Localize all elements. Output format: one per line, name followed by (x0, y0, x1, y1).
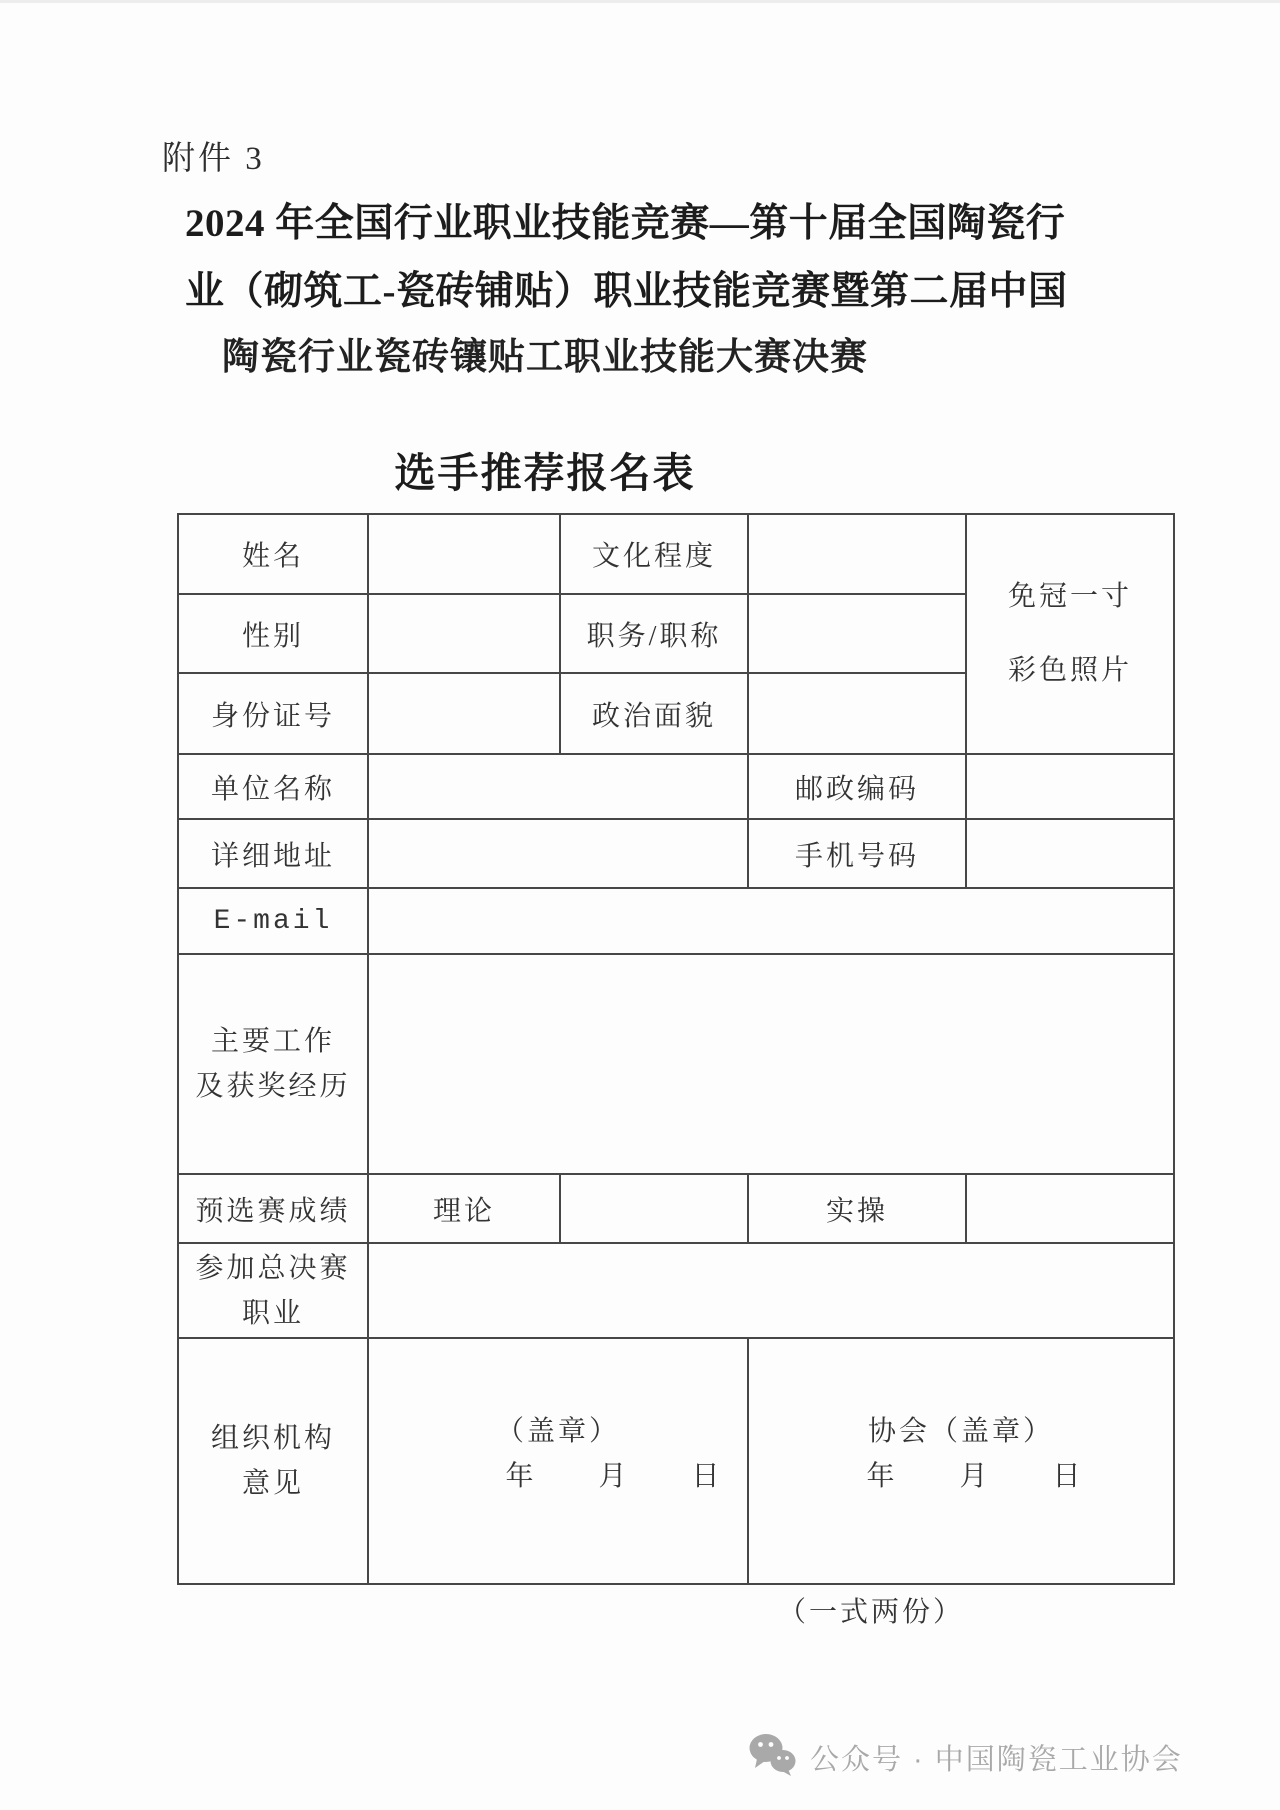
document-subtitle: 陶瓷行业瓷砖镶贴工职业技能大赛决赛 (150, 326, 940, 380)
value-political-status (748, 673, 966, 754)
photo-box: 免冠一寸 彩色照片 (966, 514, 1174, 754)
title-line-1: 2024 年全国行业职业技能竞赛—第十届全国陶瓷行 (185, 190, 955, 258)
value-email (368, 888, 1174, 954)
photo-note-line2: 彩色照片 (967, 654, 1173, 688)
photo-note-line1: 免冠一寸 (967, 580, 1173, 614)
registration-form-table: 姓名 文化程度 免冠一寸 彩色照片 性别 职务/职称 身份证号 政治面貌 单位名… (177, 513, 1175, 1585)
label-gender: 性别 (178, 594, 368, 673)
footer: 公众号 · 中国陶瓷工业协会 (748, 1733, 1183, 1782)
stamp-left-label: （盖章） (369, 1409, 747, 1454)
value-work-history (368, 954, 1174, 1174)
stamp-right-label: 协会（盖章） (749, 1409, 1173, 1454)
label-theory: 理论 (368, 1174, 560, 1243)
wechat-icon (748, 1733, 798, 1782)
label-id-number: 身份证号 (178, 673, 368, 754)
value-gender (368, 594, 560, 673)
value-address (368, 819, 748, 888)
label-address: 详细地址 (178, 819, 368, 888)
value-practice (966, 1174, 1174, 1243)
label-name: 姓名 (178, 514, 368, 594)
stamp-cell-right: 协会（盖章） 年 月 日 (748, 1338, 1174, 1584)
value-theory (560, 1174, 748, 1243)
form-title-wrap: 选手推荐报名表 (150, 440, 940, 499)
label-final-occupation: 参加总决赛 职业 (178, 1243, 368, 1338)
value-education (748, 514, 966, 594)
label-final-occupation-line1: 参加总决赛 (179, 1246, 367, 1291)
attachment-label: 附件 3 (162, 132, 265, 179)
label-unit-name: 单位名称 (178, 754, 368, 819)
label-political-status: 政治面貌 (560, 673, 748, 754)
label-work-history: 主要工作 及获奖经历 (178, 954, 368, 1174)
stamp-cell-left: （盖章） 年 月 日 (368, 1338, 748, 1584)
value-postal-code (966, 754, 1174, 819)
value-position (748, 594, 966, 673)
label-email: E-mail (178, 888, 368, 954)
page-edge (0, 0, 1280, 3)
footer-account-text: 公众号 · 中国陶瓷工业协会 (810, 1737, 1183, 1778)
label-organization-opinion-line1: 组织机构 (179, 1416, 367, 1461)
label-organization-opinion-line2: 意见 (179, 1461, 367, 1506)
label-practice: 实操 (748, 1174, 966, 1243)
label-education: 文化程度 (560, 514, 748, 594)
scanned-form-page: 附件 3 2024 年全国行业职业技能竞赛—第十届全国陶瓷行 业（砌筑工-瓷砖铺… (0, 0, 1280, 1810)
label-preliminary-score: 预选赛成绩 (178, 1174, 368, 1243)
form-title: 选手推荐报名表 (395, 450, 696, 496)
title-line-2: 业（砌筑工-瓷砖铺贴）职业技能竞赛暨第二届中国 (185, 258, 955, 326)
label-work-history-line1: 主要工作 (179, 1019, 367, 1064)
stamp-right-date: 年 月 日 (763, 1454, 1174, 1500)
label-position: 职务/职称 (560, 594, 748, 673)
title-line-3: 陶瓷行业瓷砖镶贴工职业技能大赛决赛 (222, 337, 868, 378)
label-postal-code: 邮政编码 (748, 754, 966, 819)
document-title: 2024 年全国行业职业技能竞赛—第十届全国陶瓷行 业（砌筑工-瓷砖铺贴）职业技… (185, 190, 955, 326)
label-mobile: 手机号码 (748, 819, 966, 888)
value-unit-name (368, 754, 748, 819)
value-name (368, 514, 560, 594)
value-mobile (966, 819, 1174, 888)
copies-note: （一式两份） (778, 1590, 964, 1630)
value-final-occupation (368, 1243, 1174, 1338)
label-work-history-line2: 及获奖经历 (179, 1064, 367, 1109)
value-id-number (368, 673, 560, 754)
label-organization-opinion: 组织机构 意见 (178, 1338, 368, 1584)
label-final-occupation-line2: 职业 (179, 1291, 367, 1336)
stamp-left-date: 年 月 日 (425, 1454, 748, 1500)
